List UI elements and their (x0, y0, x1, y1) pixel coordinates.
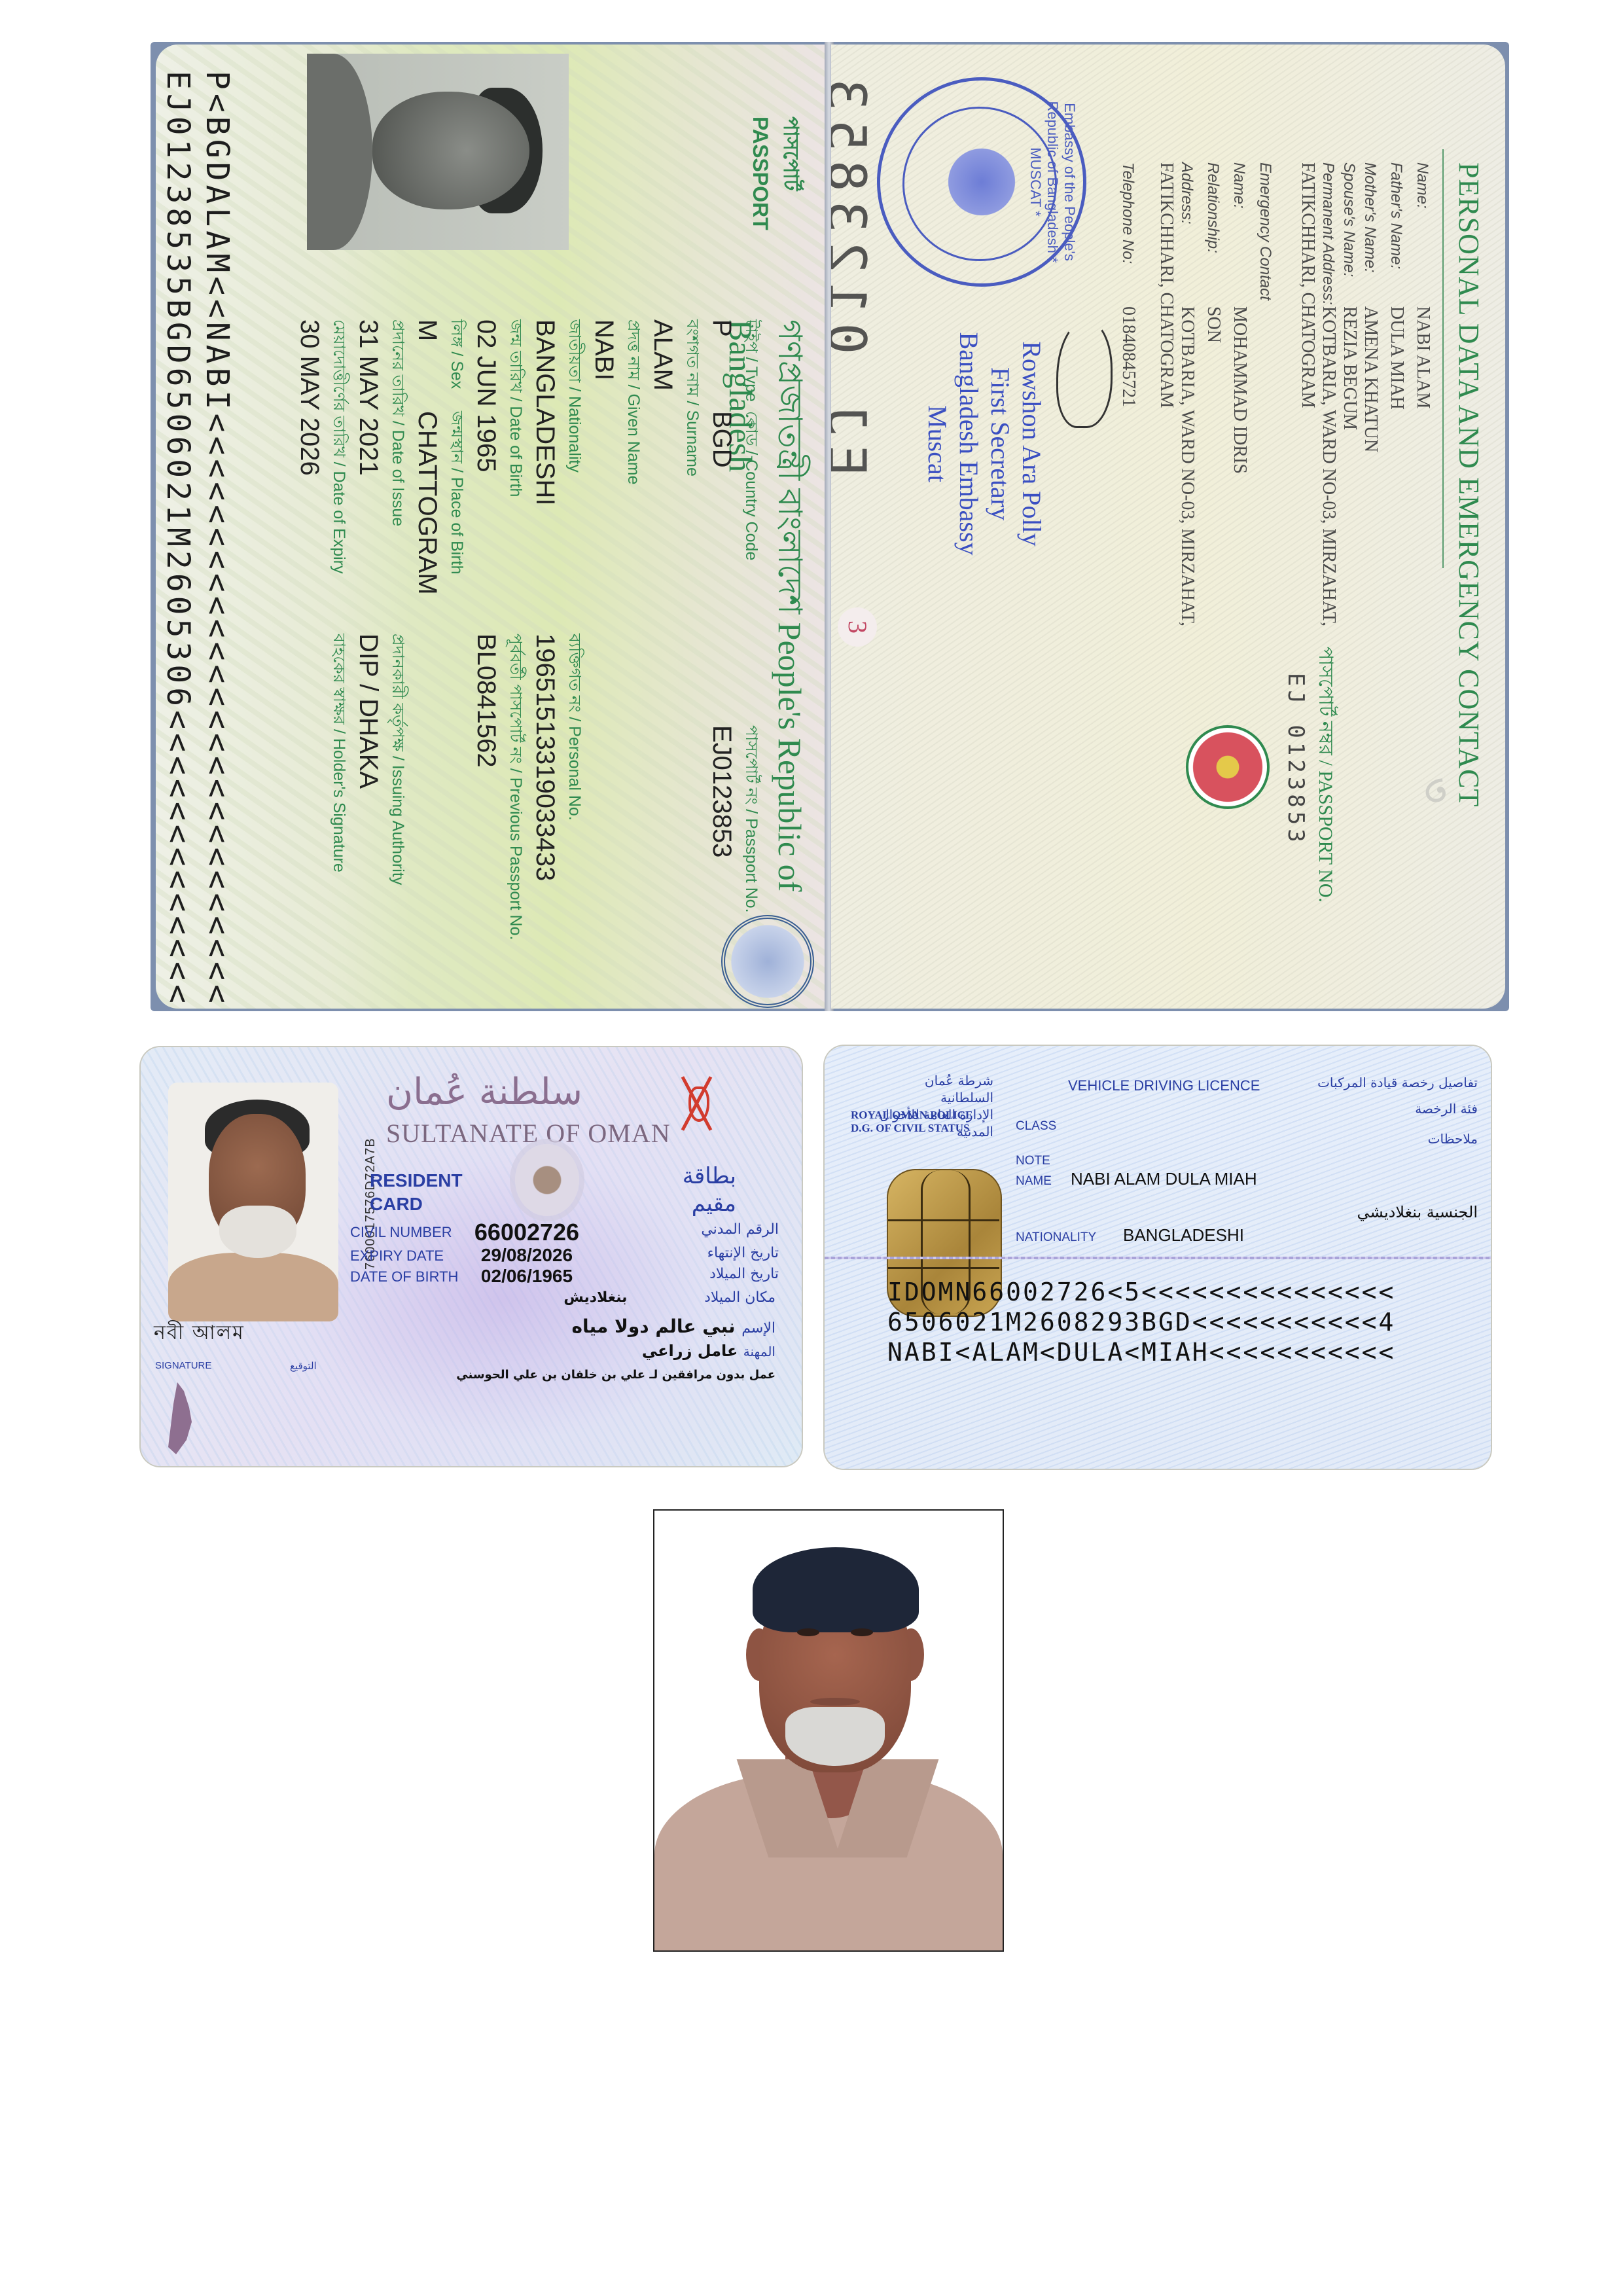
field-place-of-birth: জন্মস্থান / Place of BirthCHATTOGRAM (412, 411, 470, 595)
note-label: NOTE (1016, 1154, 1050, 1168)
name-value: NABI ALAM DULA MIAH (1071, 1169, 1257, 1189)
field-personal-no: ব্যক্তিগত নং / Personal No.1965151331903… (530, 634, 588, 881)
issuer-english: SULTANATE OF OMAN (386, 1118, 671, 1149)
government-emblem-icon (1186, 725, 1270, 809)
row-mother: Mother's Name:AMENA KHATUN (1360, 162, 1381, 452)
field-surname: বংশগত নাম / SurnameALAM (648, 319, 705, 476)
civil-number-label-ar: الرقم المدني (668, 1221, 779, 1238)
expiry-date-label-ar: تاريخ الإنتهاء (668, 1245, 779, 1261)
field-type: টাইপ / TypeP (707, 319, 764, 402)
passport-data-page: গণপ্রজাতন্ত্রী বাংলাদেশ People's Republi… (156, 45, 827, 1009)
field-holder-signature: বাহকের স্বাক্ষর / Holder's Signature (324, 634, 352, 872)
note-label-ar: ملاحظات (1428, 1131, 1478, 1147)
dob-label: DATE OF BIRTH (350, 1268, 458, 1285)
nationality-value: BANGLADESHI (1123, 1225, 1244, 1246)
mrz-line-2: EJ01238535BGD6506021M2605306<<<<<<<<<<<<… (160, 71, 196, 1009)
class-label-ar: فئة الرخصة (1415, 1101, 1478, 1117)
dob-value: 02/06/1965 (471, 1266, 582, 1287)
signature-label: SIGNATURE (155, 1360, 211, 1371)
portrait-eye-right (851, 1628, 873, 1636)
field-sex: লিঙ্গ / SexM (412, 319, 470, 389)
embassy-stamp-icon: Embassy of the People's Republic of Bang… (877, 77, 1086, 287)
mrz-line-1: P<BGDALAM<<NABI<<<<<<<<<<<<<<<<<<<<<<<<<… (199, 71, 236, 1009)
mrz-line-2: 6506021M2608293BGD<<<<<<<<<<<4 (887, 1308, 1395, 1336)
oman-crest-icon (674, 1073, 720, 1132)
row-emergency-heading: Emergency Contact (1255, 162, 1276, 306)
field-date-of-birth: জন্ম তারিখ / Date of Birth02 JUN 1965 (471, 319, 529, 497)
page-glyph: ৩ (1400, 778, 1466, 803)
portrait-hair (753, 1547, 919, 1632)
personal-page-content: PERSONAL DATA AND EMERGENCY CONTACT Name… (831, 45, 1505, 1009)
officer-signature (1056, 319, 1113, 428)
mrz-line-1: IDOMN66002726<5<<<<<<<<<<<<<<< (887, 1278, 1395, 1306)
passport-no-label: পাসপোর্ট নম্বর / PASSPORT NO. (1308, 647, 1342, 903)
passport-personal-page: PERSONAL DATA AND EMERGENCY CONTACT Name… (831, 45, 1505, 1009)
expiry-date-label: EXPIRY DATE (350, 1247, 444, 1265)
row-name: Name:NABI ALAM (1412, 162, 1433, 408)
title-divider (1442, 149, 1444, 568)
data-page-content: গণপ্রজাতন্ত্রী বাংলাদেশ People's Republi… (156, 45, 827, 1009)
nationality-label: NATIONALITY (1016, 1230, 1096, 1245)
nationality-ar: الجنسية بنغلاديشي (1357, 1203, 1478, 1221)
photo-shirt (168, 1253, 338, 1321)
row-spouse: Spouse's Name:REZIA BEGUM (1339, 162, 1360, 430)
signature-label-ar: التوقيع (290, 1360, 317, 1372)
field-passport-no: পাসপোর্ট নং / Passport No.EJ0123853 (707, 725, 764, 913)
mrz-line-3: NABI<ALAM<DULA<MIAH<<<<<<<<<<< (887, 1338, 1395, 1367)
dob-label-ar: تاريخ الميلاد (668, 1266, 779, 1282)
officer-name: Rowshon Ara Polly (1016, 313, 1047, 575)
field-date-of-expiry: মেয়াদোত্তীর্ণের তারিখ / Date of Expiry3… (294, 319, 352, 574)
name-label: NAME (1016, 1174, 1052, 1189)
photo-body (307, 54, 372, 250)
row-emergency-address: Address:KOTBARIA, WARD NO-03, MIRZAHAT, … (1156, 162, 1198, 660)
licence-title-ar: تفاصيل رخصة قيادة المركبات (1317, 1075, 1478, 1090)
passport-no-value: EJ 0123853 (1283, 673, 1309, 846)
oman-driving-licence: شرطة عُمان السلطانية الإدارة العامة للأح… (825, 1046, 1491, 1469)
passport-scan: গণপ্রজাতন্ত্রী বাংলাদেশ People's Republi… (151, 42, 1509, 1011)
ghost-photo (515, 1144, 579, 1216)
header-bengali: গণপ্রজাতন্ত্রী বাংলাদেশ (772, 319, 808, 614)
portrait-beard (785, 1707, 885, 1766)
portrait-photo (653, 1509, 1004, 1952)
portrait-eye-left (797, 1628, 819, 1636)
civil-number-value: 66002726 (471, 1219, 582, 1246)
civil-number-label: CIVIL NUMBER (350, 1224, 452, 1241)
field-date-of-issue: প্রদানের তারিখ / Date of Issue31 MAY 202… (353, 319, 411, 526)
portrait-mouth (810, 1698, 860, 1706)
field-country-code: কোড / Country CodeBGD (707, 411, 764, 560)
field-issuing-authority: প্রদানকারী কর্তৃপক্ষ / Issuing Authority… (353, 634, 411, 885)
issuer-english: ROYAL OMAN POLICE D.G. OF CIVIL STATUS (851, 1109, 972, 1135)
officer-block: Rowshon Ara Polly First Secretary Bangla… (921, 313, 1047, 575)
officer-city: Muscat (921, 313, 953, 575)
document-word-en: PASSPORT (748, 117, 772, 230)
row-relationship: Relationship:SON (1203, 162, 1224, 343)
photo-face (372, 92, 529, 209)
sponsor-ar: عمل بدون مرافقين لـ علي بن خلفان بن علي … (456, 1368, 776, 1382)
card-type-english: RESIDENT CARD (370, 1169, 463, 1216)
stamp-text: Embassy of the People's Republic of Bang… (1027, 81, 1078, 283)
field-given-name: প্রদত্ত নাম / Given NameNABI (589, 319, 647, 484)
bangladesh-map-icon (939, 139, 1024, 224)
officer-office: Bangladesh Embassy (953, 313, 984, 575)
document-word: পাসপোর্ট PASSPORT (748, 117, 808, 230)
page-number-badge: 3 (838, 607, 877, 647)
field-previous-passport: পূর্ববর্তী পাসপোর্ট নং / Previous Passpo… (471, 634, 529, 940)
occupation-ar: المهنة عامل زراعي (642, 1342, 776, 1360)
officer-title: First Secretary (984, 313, 1016, 575)
mrz-divider (825, 1257, 1491, 1259)
personal-data-title: PERSONAL DATA AND EMERGENCY CONTACT (1452, 162, 1486, 807)
expiry-date-value: 29/08/2026 (471, 1245, 582, 1266)
oman-resident-card: 7600017576D72A7B سلطنة عُمان SULTANATE O… (141, 1047, 802, 1466)
holder-signature: নবী আলম (154, 1317, 245, 1350)
issuer-arabic: سلطنة عُمان (386, 1071, 582, 1113)
field-nationality: জাতীয়তা / NationalityBANGLADESHI (530, 319, 588, 506)
resident-card-photo (168, 1083, 338, 1321)
khanjar-icon (688, 1086, 709, 1122)
place-of-birth-ar: مكان الميلاد بنغلاديش (563, 1289, 776, 1306)
document-word-bn: পাসপোর্ট (772, 117, 808, 230)
row-permanent-address: Permanent Address:KOTBARIA, WARD NO-03, … (1297, 162, 1339, 660)
licence-title: VEHICLE DRIVING LICENCE (1068, 1077, 1260, 1094)
class-label: CLASS (1016, 1119, 1056, 1134)
row-father: Father's Name:DULA MIAH (1386, 162, 1407, 410)
security-seal-icon (721, 915, 814, 1008)
row-telephone: Telephone No:01840845721 (1118, 162, 1139, 407)
oman-map-icon (166, 1382, 192, 1454)
name-ar: الإسم نبي عالم دولا مياه (571, 1316, 776, 1337)
holder-photo (307, 54, 569, 250)
photo-beard (219, 1206, 296, 1258)
row-emergency-name: Name:MOHAMMAD IDRIS (1229, 162, 1250, 474)
card-type-arabic: بطاقة مقيم (645, 1162, 736, 1217)
perforated-passport-number: EJ 0123853 (831, 69, 877, 476)
